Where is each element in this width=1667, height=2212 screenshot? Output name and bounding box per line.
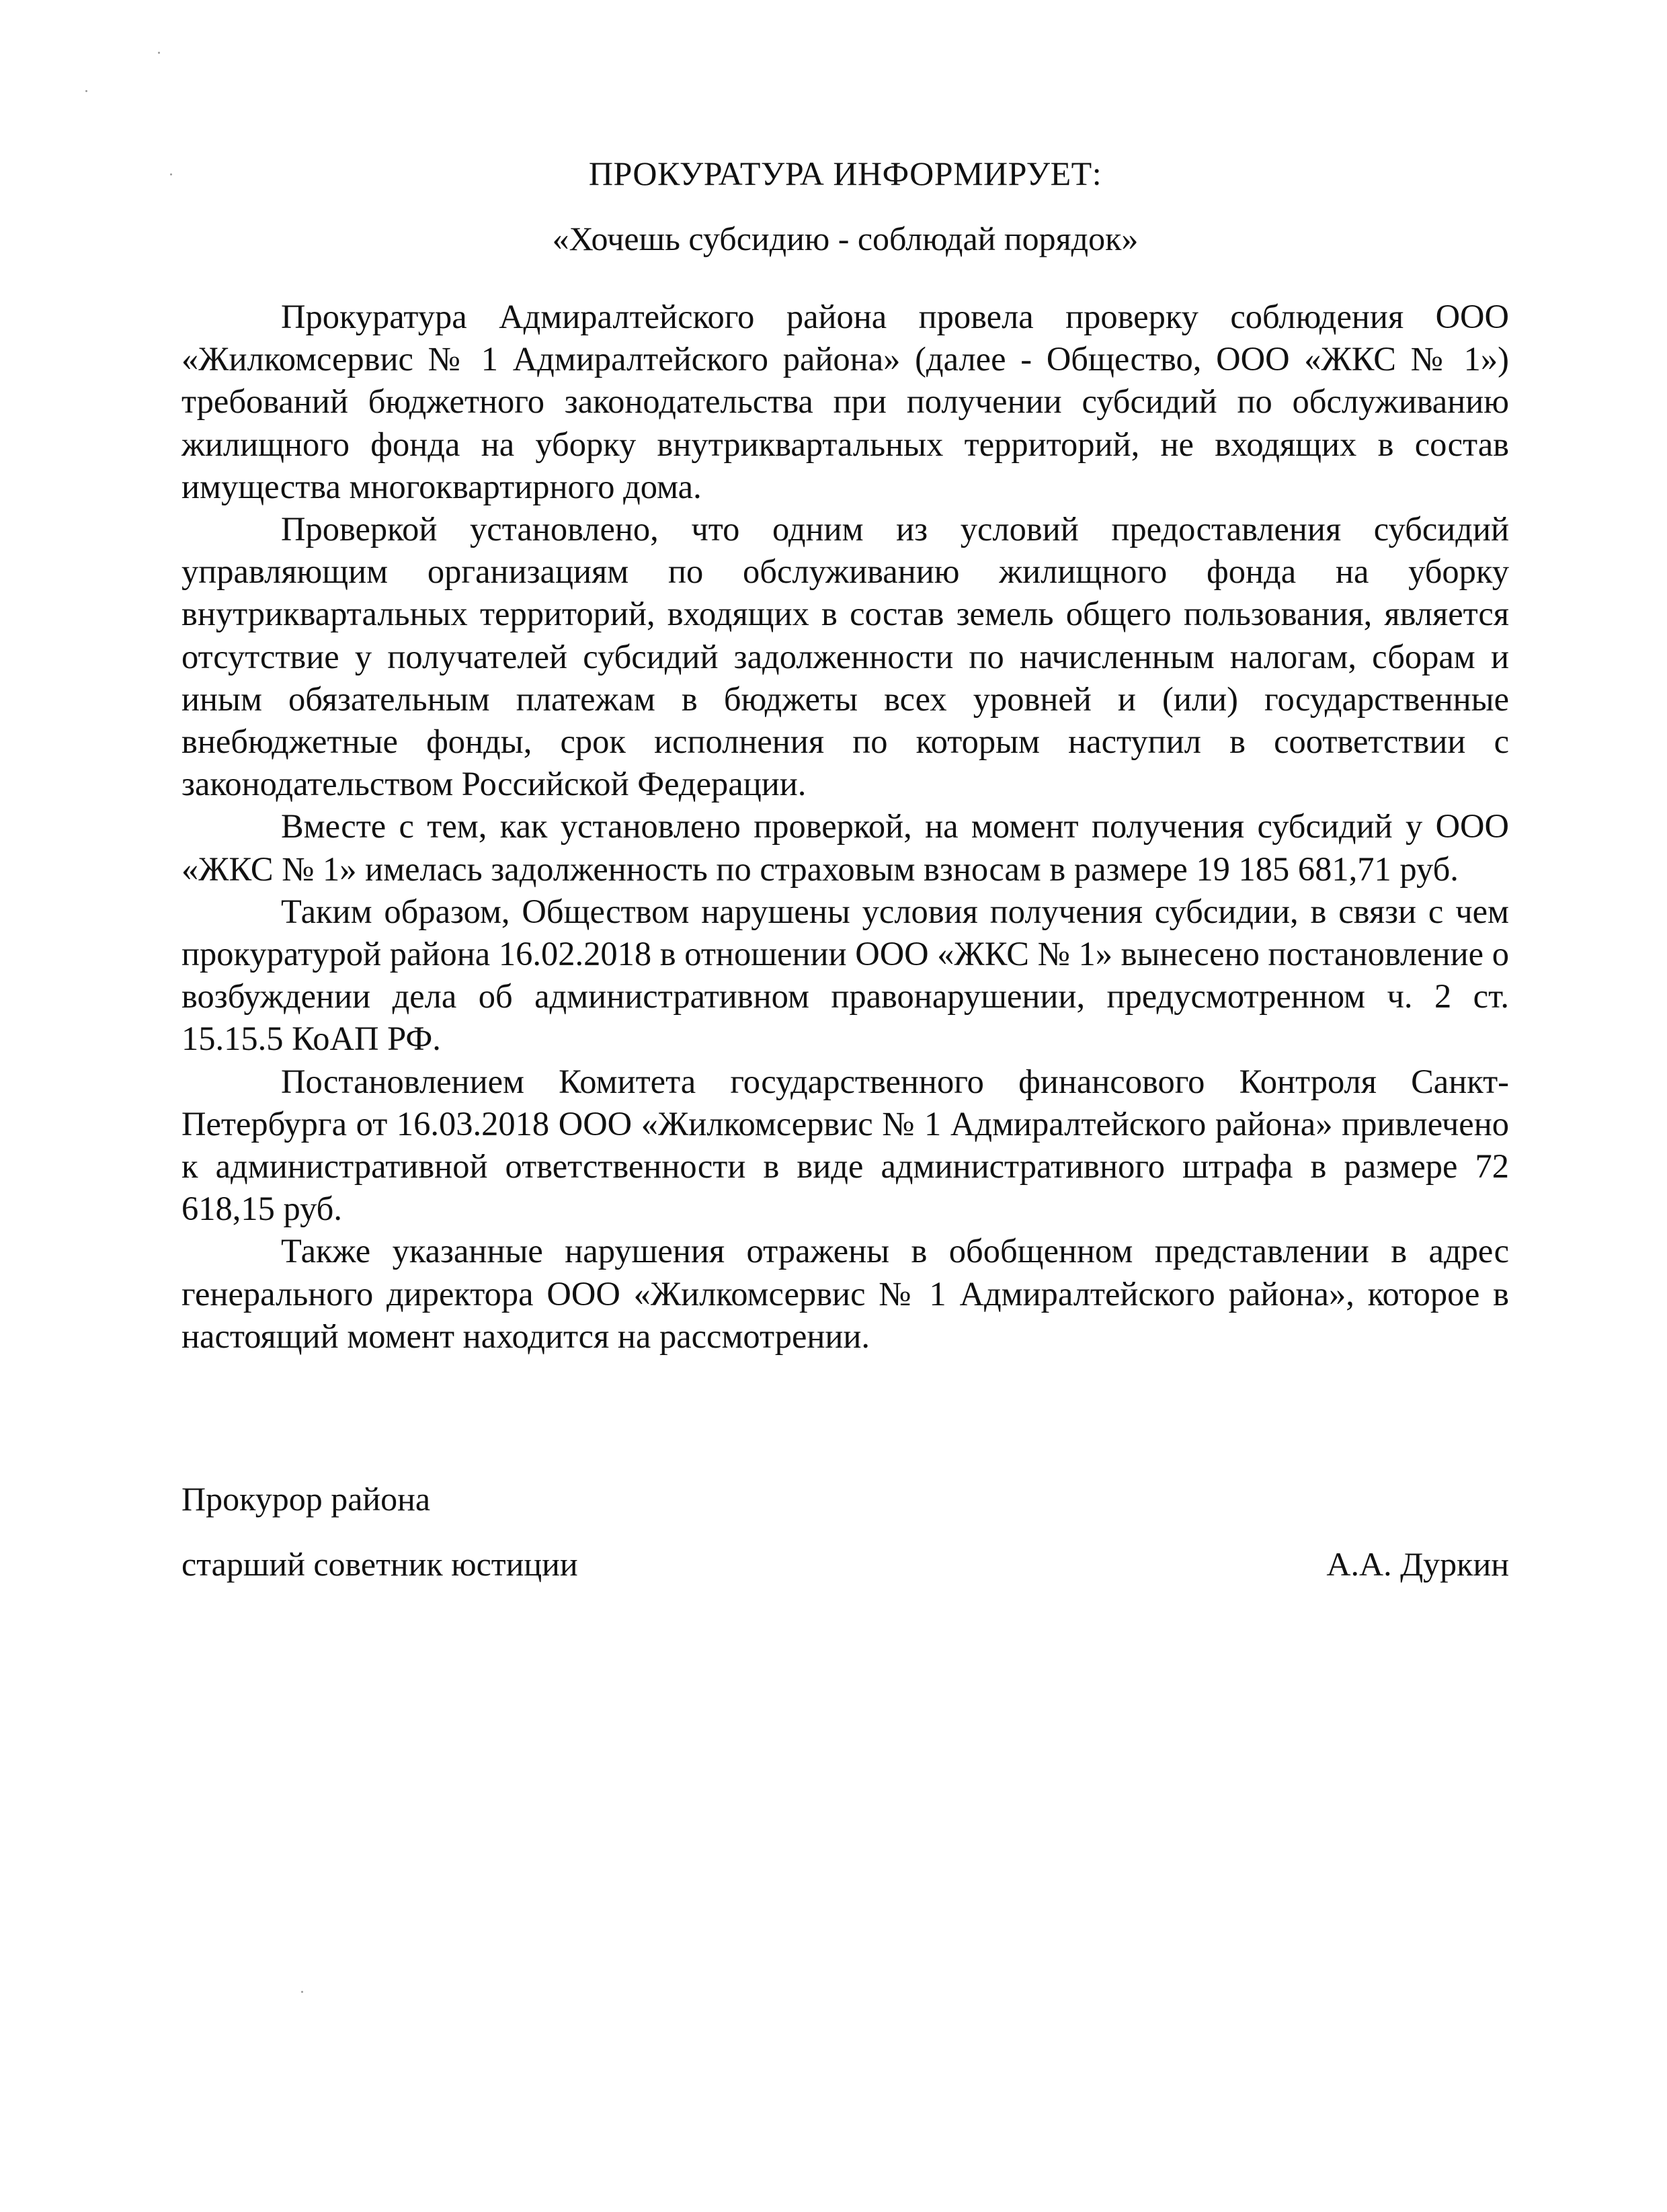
signature-position: Прокурор района <box>181 1479 1509 1519</box>
scan-speck <box>170 173 172 175</box>
scan-speck <box>158 52 160 54</box>
document-body: Прокуратура Адмиралтейского района прове… <box>181 296 1509 1358</box>
paragraph-penalty: Постановлением Комитета государственного… <box>181 1061 1509 1231</box>
paragraph-representation: Также указанные нарушения отражены в обо… <box>181 1230 1509 1358</box>
scan-speck <box>301 1991 303 1993</box>
signature-rank: старший советник юстиции <box>181 1544 578 1584</box>
document-title: ПРОКУРАТУРА ИНФОРМИРУЕТ: <box>181 153 1509 194</box>
paragraph-debt-found: Вместе с тем, как установлено проверкой,… <box>181 805 1509 890</box>
paragraph-subsidy-conditions: Проверкой установлено, что одним из усло… <box>181 508 1509 805</box>
signature-name: А.А. Дуркин <box>1326 1544 1509 1584</box>
signature-block: старший советник юстиции А.А. Дуркин <box>181 1544 1509 1584</box>
paragraph-proceedings: Таким образом, Обществом нарушены услови… <box>181 891 1509 1061</box>
document-subtitle: «Хочешь субсидию - соблюдай порядок» <box>181 218 1509 259</box>
paragraph-inspection: Прокуратура Адмиралтейского района прове… <box>181 296 1509 508</box>
scan-speck <box>85 90 87 92</box>
